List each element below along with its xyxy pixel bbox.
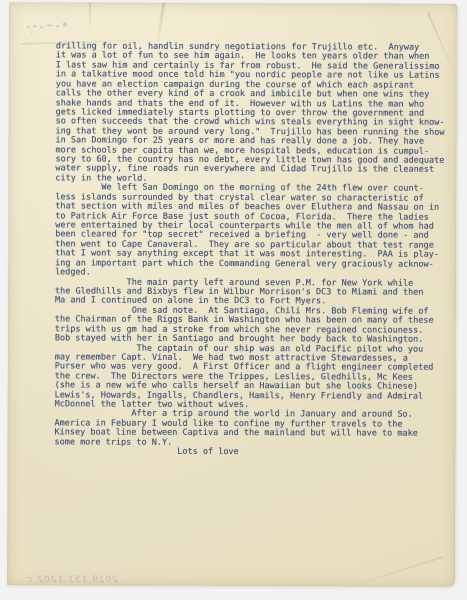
letter-paper: drilling for oil, handlin sundry negotia… (7, 2, 457, 587)
letter-body-text: drilling for oil, handlin sundry negotia… (54, 42, 444, 458)
scanned-letter-page: drilling for oil, handlin sundry negotia… (0, 0, 467, 600)
archive-number-bleedthrough: 2019.151.1202 c (26, 575, 118, 585)
pencil-scribble-mark (27, 22, 77, 32)
paper-crease (89, 2, 91, 32)
paper-crease (328, 556, 443, 595)
